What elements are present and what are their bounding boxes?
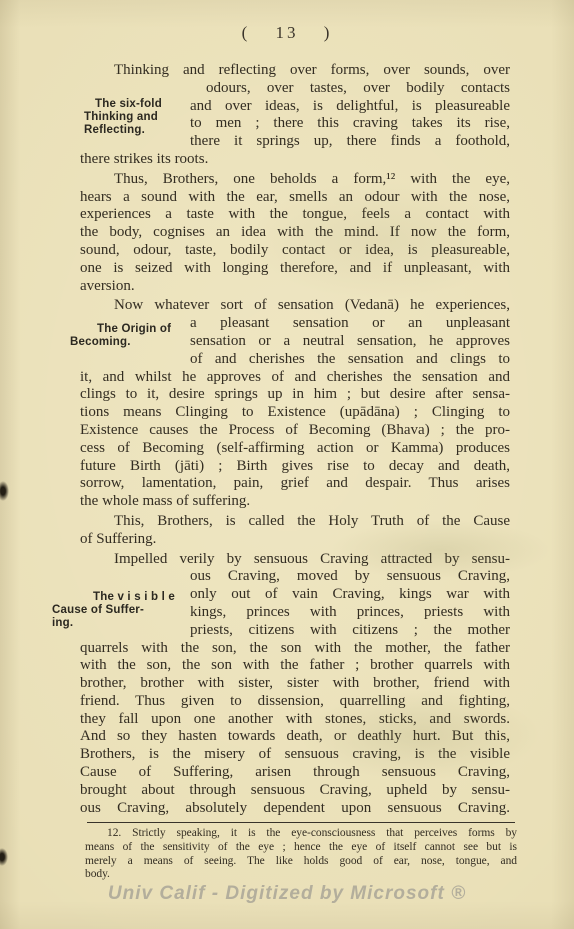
text-line: experiences a taste with the tongue, fee… — [80, 206, 510, 224]
text-line: ous Craving, absolutely dependent upon s… — [80, 800, 510, 818]
text-line: future Birth (jāti) ; Birth gives rise t… — [80, 458, 510, 476]
footnote-rule — [87, 822, 515, 823]
text-line: quarrels with the son, the son with the … — [80, 640, 510, 658]
scan-speck — [0, 481, 9, 501]
footnote-line: means of the sensitivity of the eye ; he… — [85, 841, 517, 855]
footnote-line: body. — [85, 868, 517, 882]
text-line: Thus, Brothers, one beholds a form,¹² wi… — [80, 171, 510, 189]
text-line: Existence causes the Process of Becoming… — [80, 422, 510, 440]
text-line: to men ; there this craving takes its ri… — [190, 115, 510, 133]
text-line: Cause of Suffering, arisen through sensu… — [80, 764, 510, 782]
text-line: And so they hasten towards death, or dea… — [80, 728, 510, 746]
text-line: of Suffering. — [80, 531, 510, 549]
text-line: only out of vain Craving, kings war with — [190, 586, 510, 604]
text-line: friend. Thus given to dissension, quarre… — [80, 693, 510, 711]
text-line: a pleasant sensation or an unpleasant — [190, 315, 510, 333]
text-line: and over ideas, is delightful, is pleasu… — [190, 98, 510, 116]
footnote-line: 12. Strictly speaking, it is the eye-con… — [85, 827, 517, 841]
text-line: there strikes its roots. — [80, 151, 510, 169]
page-body: Thinking and reflecting over forms, over… — [80, 62, 510, 819]
text-line: sensation or a neutral sensation, he app… — [190, 333, 510, 351]
text-line: priests, citizens with citizens ; the mo… — [190, 622, 510, 640]
text-line: ous Craving, moved by sensuous Craving, — [190, 568, 510, 586]
book-page: ( 13 ) The six-fold Thinking and Reflect… — [0, 0, 574, 929]
text-line: hears a sound with the ear, smells an od… — [80, 189, 510, 207]
text-line: Impelled verily by sensuous Craving attr… — [80, 551, 510, 569]
text-line: the whole mass of suffering. — [80, 493, 510, 511]
footnote-line: merely a means of seeing. The like holds… — [85, 855, 517, 869]
text-line: clings to it, desire springs up in him ;… — [80, 386, 510, 404]
scan-speck — [0, 848, 8, 866]
text-line: cess of Becoming (self-affirming action … — [80, 440, 510, 458]
paragraph-origin-of-becoming: Now whatever sort of sensation (Vedanā) … — [80, 297, 510, 511]
text-line: the body, cognises an idea with the mind… — [80, 224, 510, 242]
text-line: This, Brothers, is called the Holy Truth… — [80, 513, 510, 531]
text-line: one is seized with longing therefore, an… — [80, 260, 510, 278]
text-line: kings, princes with princes, priests wit… — [190, 604, 510, 622]
text-line: sound, odour, taste, bodily contact or i… — [80, 242, 510, 260]
text-line: Now whatever sort of sensation (Vedanā) … — [80, 297, 510, 315]
page-number: ( 13 ) — [0, 23, 574, 43]
paragraph-visible-cause: Impelled verily by sensuous Craving attr… — [80, 551, 510, 818]
text-line: of and cherishes the sensation and cling… — [190, 351, 510, 369]
text-line: it, and whilst he approves of and cheris… — [80, 369, 510, 387]
text-line: brought about through sensuous Craving, … — [80, 782, 510, 800]
text-line: they fall upon one another with stones, … — [80, 711, 510, 729]
paragraph-holy-truth: This, Brothers, is called the Holy Truth… — [80, 513, 510, 549]
paragraph-six-fold-thinking: Thinking and reflecting over forms, over… — [80, 62, 510, 169]
text-line: there it springs up, there finds a footh… — [190, 133, 510, 151]
text-line: aversion. — [80, 278, 510, 296]
text-line: with the son, the son with the father ; … — [80, 657, 510, 675]
text-line: tions means Clinging to Existence (upādā… — [80, 404, 510, 422]
text-line: odours, over tastes, over bodily contact… — [190, 80, 510, 98]
text-line: brother, brother with sister, sister wit… — [80, 675, 510, 693]
paragraph-beholds-a-form: Thus, Brothers, one beholds a form,¹² wi… — [80, 171, 510, 296]
text-line: Thinking and reflecting over forms, over… — [80, 62, 510, 80]
text-line: Brothers, is the misery of sensuous crav… — [80, 746, 510, 764]
digitization-watermark: Univ Calif - Digitized by Microsoft ® — [0, 883, 574, 905]
text-line: sorrow, lamentation, pain, grief and des… — [80, 475, 510, 493]
footnote: 12. Strictly speaking, it is the eye-con… — [85, 822, 517, 882]
